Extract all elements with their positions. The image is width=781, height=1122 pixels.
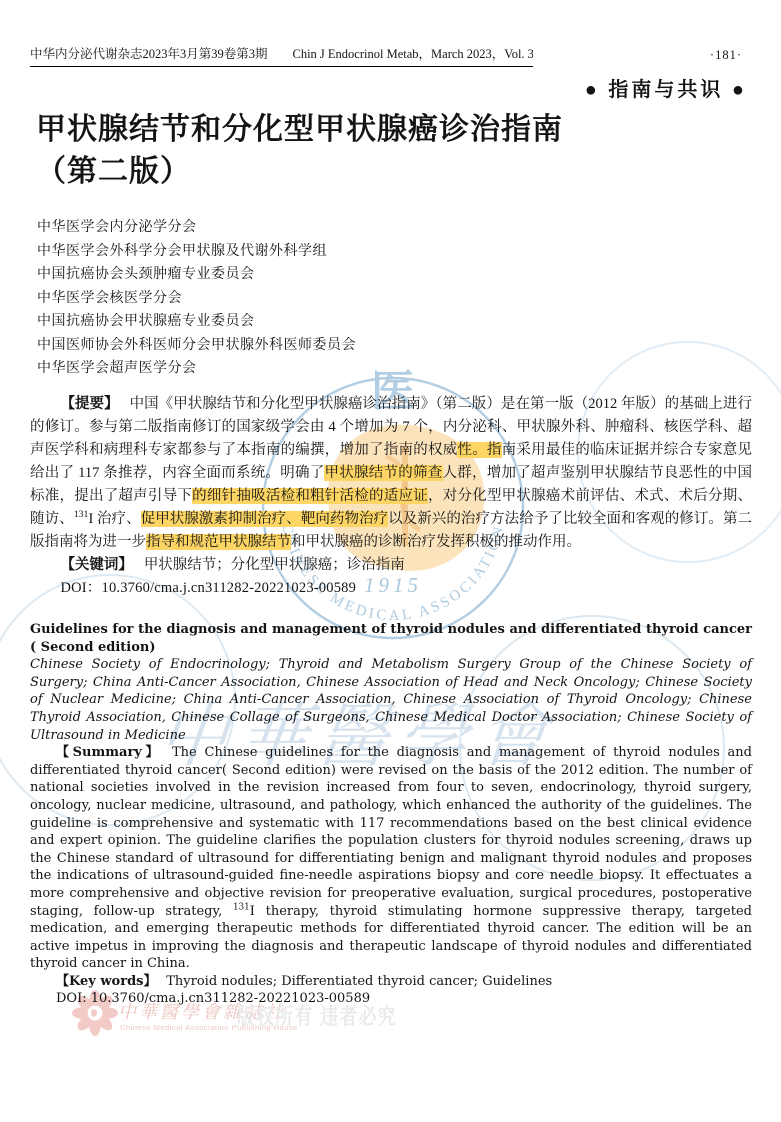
- highlight-span: 性。指: [457, 442, 501, 458]
- journal-header: 中华内分泌代谢杂志2023年3月第39卷第3期 Chin J Endocrino…: [30, 46, 750, 71]
- isotope-superscript: 131: [74, 509, 89, 520]
- article-title: 甲状腺结节和分化型甲状腺癌诊治指南 （第二版）: [36, 109, 736, 193]
- chinese-abstract-block: 【提要】中国《甲状腺结节和分化型甲状腺癌诊治指南》（第二版）是在第一版（2012…: [30, 393, 752, 600]
- section-badge: ● 指南与共识 ●: [585, 73, 747, 102]
- organization-item: 中国医师协会外科医师分会甲状腺外科医师委员会: [37, 334, 677, 358]
- article-title-line1: 甲状腺结节和分化型甲状腺癌诊治指南: [36, 113, 563, 146]
- keywords-line: 【关键词】甲状腺结节；分化型甲状腺癌；诊治指南: [30, 554, 752, 577]
- page-number: ·181·: [710, 47, 742, 63]
- abstract-text: I 治疗、: [88, 511, 140, 527]
- english-title: Guidelines for the diagnosis and managem…: [30, 621, 752, 656]
- organization-item: 中华医学会外科学分会甲状腺及代谢外科学组: [37, 240, 677, 264]
- abstract-paragraph: 【提要】中国《甲状腺结节和分化型甲状腺癌诊治指南》（第二版）是在第一版（2012…: [30, 393, 752, 554]
- english-keywords-label: 【Key words】: [56, 974, 156, 989]
- english-keywords-line: 【Key words】Thyroid nodules; Differentiat…: [30, 973, 752, 991]
- highlight-span: 指导和规范甲状腺结节: [146, 534, 291, 550]
- summary-text: The Chinese guidelines for the diagnosis…: [30, 745, 752, 918]
- summary-label: 【Summary】: [56, 745, 162, 760]
- organization-item: 中华医学会核医学分会: [37, 287, 677, 311]
- journal-title-line: 中华内分泌代谢杂志2023年3月第39卷第3期 Chin J Endocrino…: [30, 46, 533, 67]
- organization-list: 中华医学会内分泌学分会 中华医学会外科学分会甲状腺及代谢外科学组 中国抗癌协会头…: [37, 216, 677, 381]
- abstract-text: 和甲状腺癌的诊断治疗发挥积极的推动作用。: [291, 534, 581, 550]
- abstract-label: 【提要】: [60, 396, 118, 412]
- highlight-span: 甲状腺结节的筛查: [324, 465, 442, 481]
- keywords-label: 【关键词】: [60, 557, 133, 573]
- organization-item: 中国抗癌协会头颈肿瘤专业委员会: [37, 263, 677, 287]
- organization-item: 中华医学会超声医学分会: [37, 357, 677, 381]
- page-content: 中华内分泌代谢杂志2023年3月第39卷第3期 Chin J Endocrino…: [0, 0, 781, 1122]
- english-keywords-text: Thyroid nodules; Differentiated thyroid …: [166, 974, 552, 989]
- isotope-superscript: 131: [233, 902, 250, 912]
- summary-paragraph: 【Summary】The Chinese guidelines for the …: [30, 744, 752, 973]
- english-block: Guidelines for the diagnosis and managem…: [30, 621, 752, 1008]
- highlight-span: 促甲状腺激素抑制治疗、靶向药物治疗: [141, 511, 388, 527]
- doi-line: DOI：10.3760/cma.j.cn311282-20221023-0058…: [30, 577, 752, 600]
- organization-item: 中华医学会内分泌学分会: [37, 216, 677, 240]
- english-doi-line: DOI: 10.3760/cma.j.cn311282-20221023-005…: [30, 990, 752, 1008]
- english-organizations: Chinese Society of Endocrinology; Thyroi…: [30, 656, 752, 744]
- keywords-text: 甲状腺结节；分化型甲状腺癌；诊治指南: [144, 557, 405, 573]
- organization-item: 中国抗癌协会甲状腺癌专业委员会: [37, 310, 677, 334]
- edition-subtitle: （第二版）: [36, 155, 191, 188]
- journal-page: 医 1915 CHINESE MEDICAL ASSOCIATION 中華醫學會: [0, 0, 781, 1122]
- highlight-span: 的细针抽吸活检和粗针活检的适应证: [192, 488, 428, 504]
